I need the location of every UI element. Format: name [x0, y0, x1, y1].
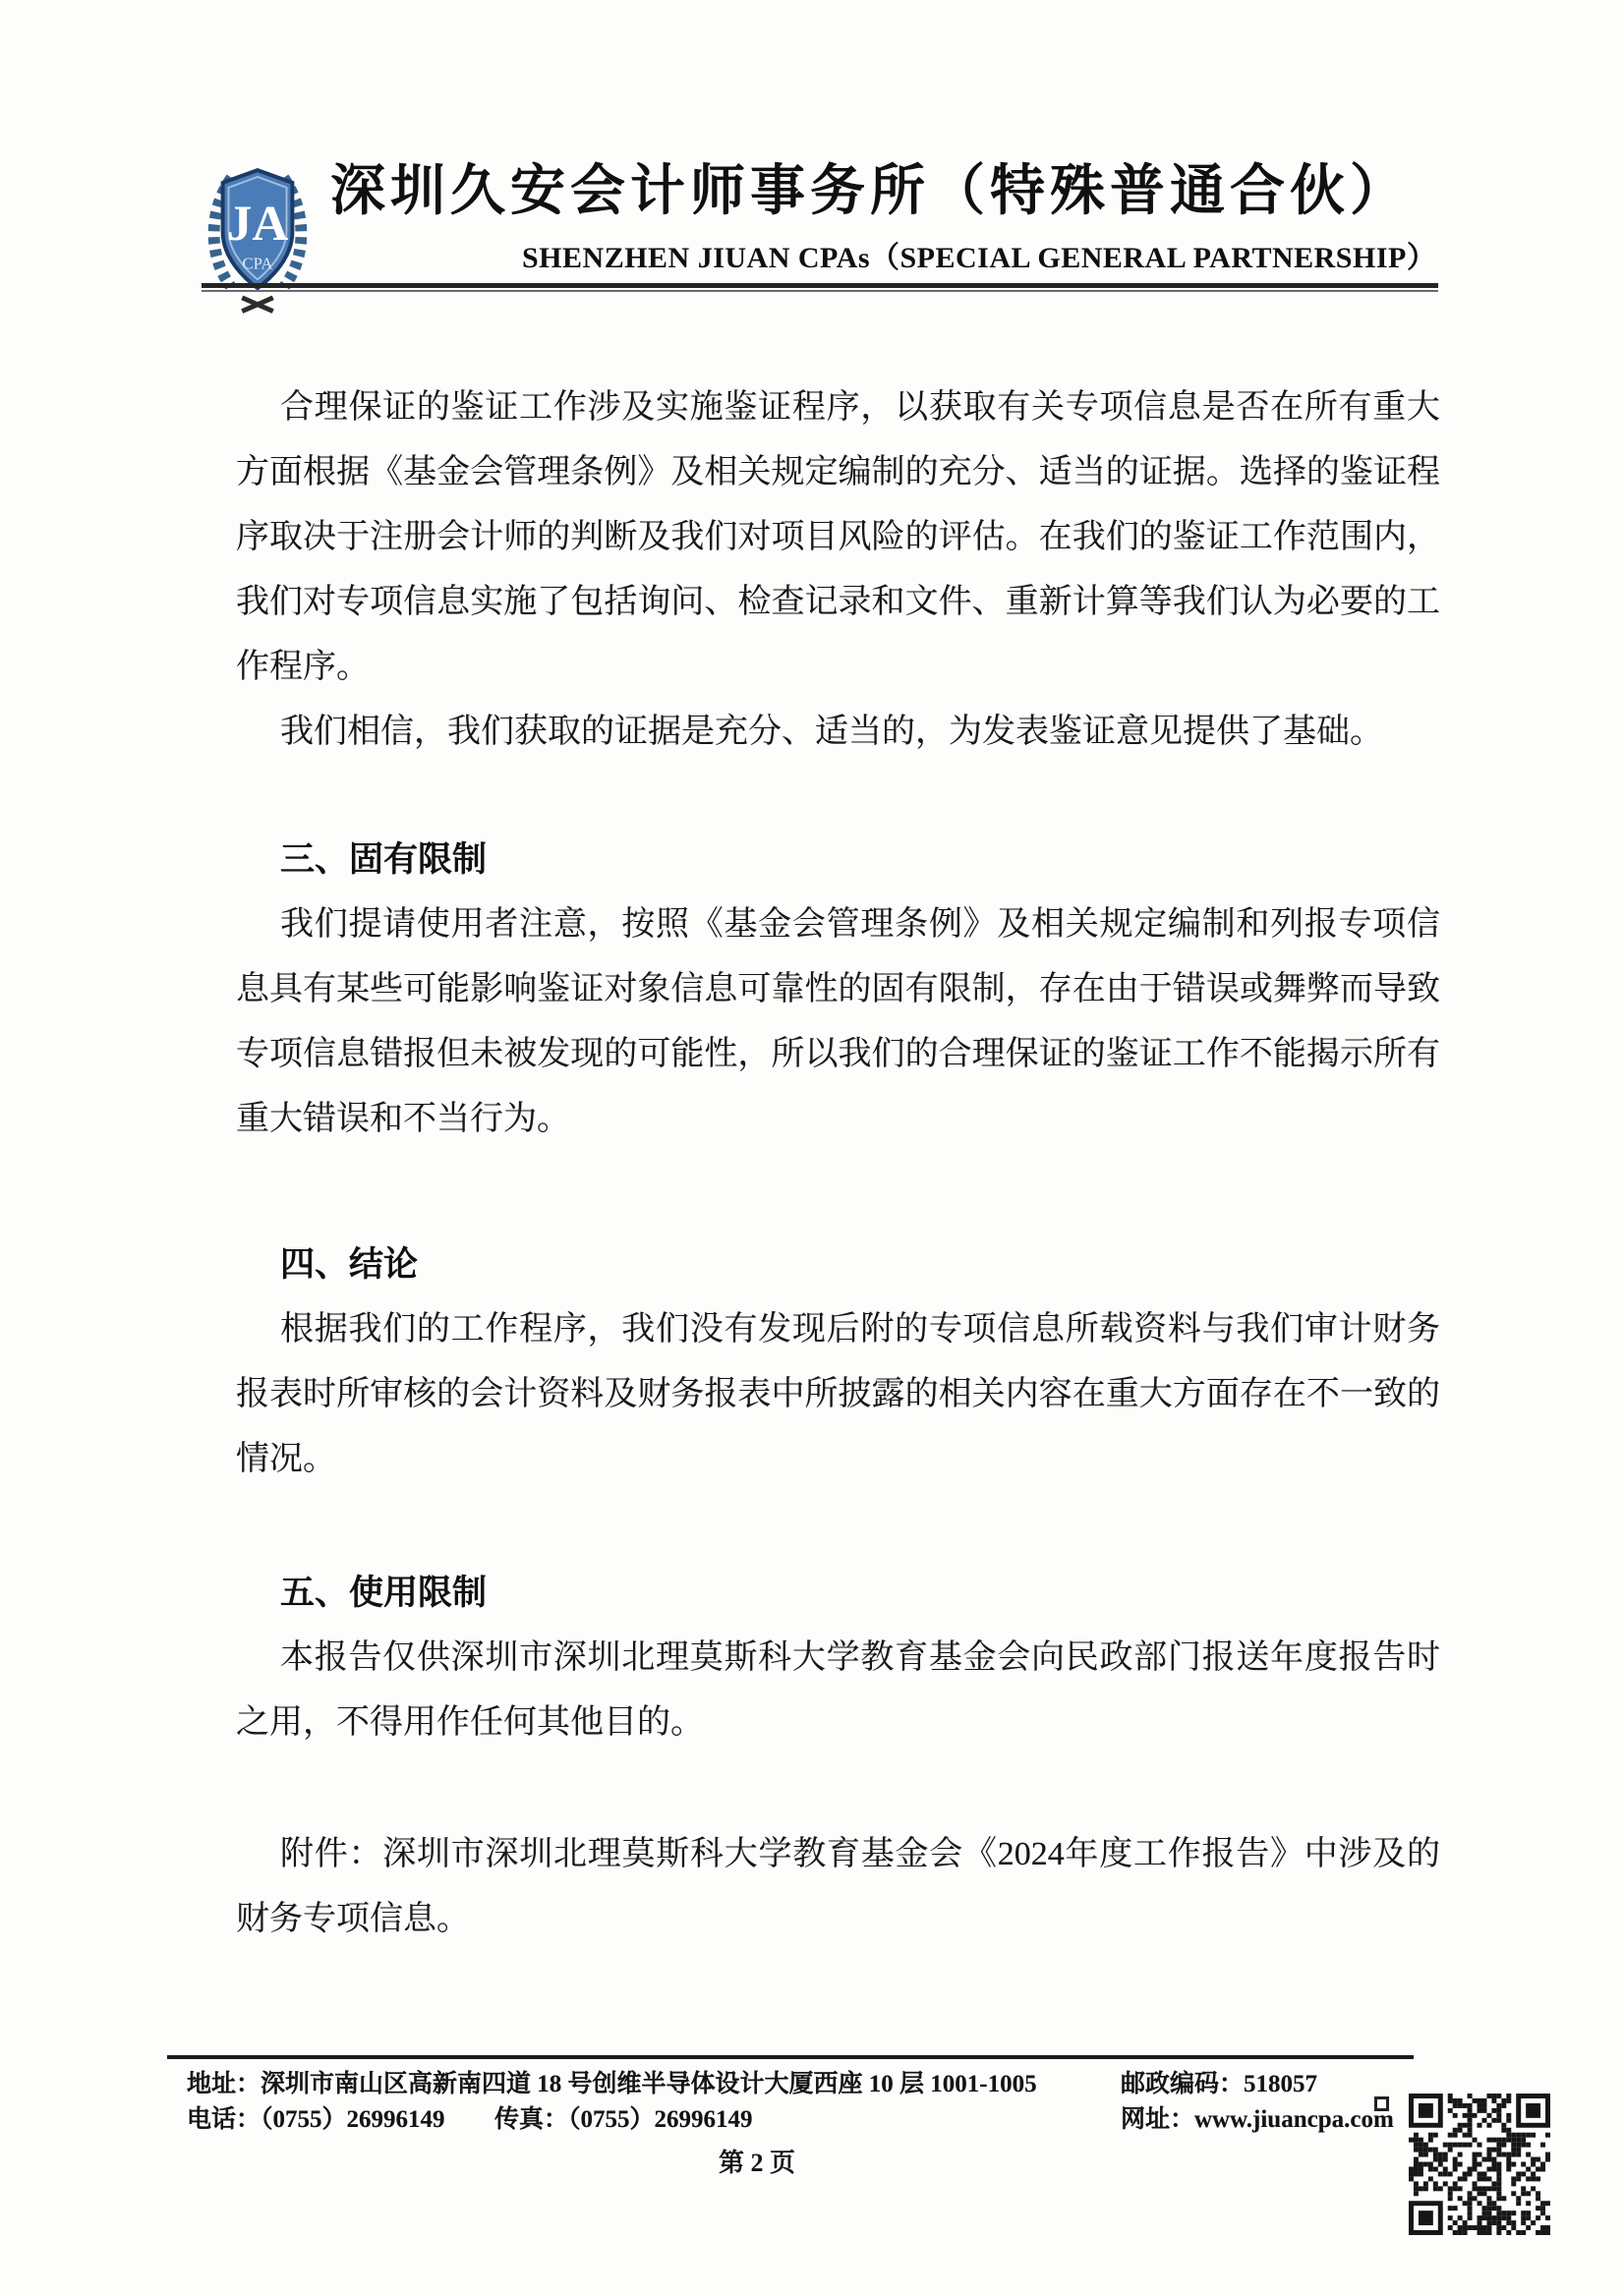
footer-phone: 电话：（0755）26996149	[187, 2099, 445, 2135]
section-heading-inherent-limitations: 三、固有限制	[236, 828, 1440, 892]
logo-caption: CPA	[243, 254, 273, 272]
footer-divider	[167, 2055, 1414, 2059]
body-line: 情况。	[236, 1427, 1440, 1492]
body-line: 我们对专项信息实施了包括询问、检查记录和文件、重新计算等我们认为必要的工	[236, 570, 1440, 635]
header-divider	[202, 283, 1438, 288]
attachment-line: 财务专项信息。	[236, 1887, 1440, 1952]
firm-name-english: SHENZHEN JIUAN CPAs（SPECIAL GENERAL PART…	[522, 233, 1436, 276]
body-line: 根据我们的工作程序，我们没有发现后附的专项信息所载资料与我们审计财务	[236, 1297, 1440, 1362]
document-body: 合理保证的鉴证工作涉及实施鉴证程序，以获取有关专项信息是否在所有重大 方面根据《…	[236, 375, 1440, 1952]
footer-fax: 传真：（0755）26996149	[494, 2099, 753, 2135]
footer-address: 地址：深圳市南山区高新南四道 18 号创维半导体设计大厦西座 10 层 1001…	[187, 2064, 1037, 2099]
body-line: 作程序。	[236, 635, 1440, 700]
firm-logo: JA CPA	[200, 149, 316, 318]
section-heading-use-restriction: 五、使用限制	[236, 1561, 1440, 1626]
body-line: 报表时所审核的会计资料及财务报表中所披露的相关内容在重大方面存在不一致的	[236, 1362, 1440, 1427]
logo-monogram: JA	[227, 196, 289, 252]
body-line: 专项信息错报但未被发现的可能性，所以我们的合理保证的鉴证工作不能揭示所有	[236, 1022, 1440, 1087]
page-number: 第 2 页	[678, 2143, 836, 2179]
footer-postal-code: 邮政编码：518057	[1121, 2064, 1317, 2099]
scanned-report-page: JA CPA 深圳久安会计师事务所（特殊普通合伙） SHENZHEN JIUAN…	[0, 0, 1624, 2296]
body-line: 方面根据《基金会管理条例》及相关规定编制的充分、适当的证据。选择的鉴证程	[236, 440, 1440, 505]
body-line: 我们提请使用者注意，按照《基金会管理条例》及相关规定编制和列报专项信	[236, 892, 1440, 957]
qr-corner-mark	[1374, 2096, 1389, 2111]
footer-website: 网址：www.jiuancpa.com	[1121, 2099, 1394, 2135]
body-line: 序取决于注册会计师的判断及我们对项目风险的评估。在我们的鉴证工作范围内，	[236, 505, 1440, 570]
wreath-ribbon	[242, 298, 272, 312]
body-line: 重大错误和不当行为。	[236, 1087, 1440, 1152]
body-line: 息具有某些可能影响鉴证对象信息可靠性的固有限制，存在由于错误或舞弊而导致	[236, 957, 1440, 1022]
firm-name-chinese: 深圳久安会计师事务所（特殊普通合伙）	[330, 147, 1410, 226]
qr-code	[1409, 2094, 1550, 2235]
body-line: 合理保证的鉴证工作涉及实施鉴证程序，以获取有关专项信息是否在所有重大	[236, 375, 1440, 440]
body-line: 之用，不得用作任何其他目的。	[236, 1691, 1440, 1755]
section-heading-conclusion: 四、结论	[236, 1233, 1440, 1297]
body-line: 我们相信，我们获取的证据是充分、适当的，为发表鉴证意见提供了基础。	[236, 700, 1440, 765]
attachment-line: 附件：深圳市深圳北理莫斯科大学教育基金会《2024年度工作报告》中涉及的	[236, 1822, 1440, 1887]
body-line: 本报告仅供深圳市深圳北理莫斯科大学教育基金会向民政部门报送年度报告时	[236, 1626, 1440, 1691]
